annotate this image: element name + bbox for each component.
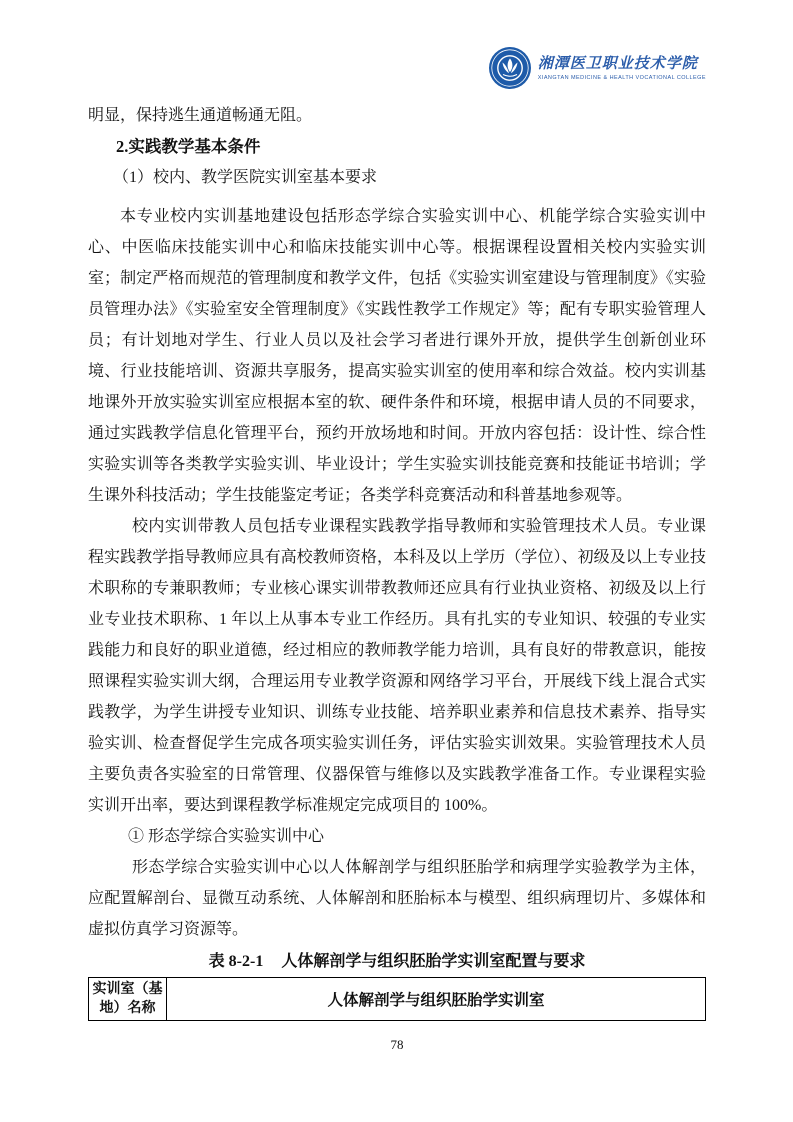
item1-heading: ① 形态学综合实验实训中心: [128, 821, 706, 852]
page-footer: 78: [88, 1036, 706, 1054]
page-number: 78: [391, 1037, 404, 1052]
table-row: 实训室（基地）名称 人体解剖学与组织胚胎学实训室: [89, 978, 706, 1021]
college-logo: 湘潭医卫职业技术学院 XIANGTAN MEDICINE & HEALTH VO…: [489, 47, 706, 89]
row-header-cell: 实训室（基地）名称: [89, 978, 167, 1021]
paragraph-instructors: 校内实训带教人员包括专业课程实践教学指导教师和实验管理技术人员。专业课程实践教学…: [88, 511, 706, 821]
college-logo-text: 湘潭医卫职业技术学院 XIANGTAN MEDICINE & HEALTH VO…: [538, 54, 706, 82]
college-emblem-icon: [489, 47, 531, 89]
table-caption-label: 表 8-2-1: [209, 953, 264, 970]
section-heading: 2.实践教学基本条件: [116, 131, 706, 162]
row-value-cell: 人体解剖学与组织胚胎学实训室: [167, 978, 706, 1021]
table-caption: 表 8-2-1人体解剖学与组织胚胎学实训室配置与要求: [88, 947, 706, 977]
paragraph-morphology: 形态学综合实验实训中心以人体解剖学与组织胚胎学和病理学实验教学为主体，应配置解剖…: [88, 852, 706, 945]
paragraph-campus-base: 本专业校内实训基地建设包括形态学综合实验实训中心、机能学综合实验实训中心、中医临…: [88, 201, 706, 511]
paragraph-intro-tail: 明显，保持逃生通道畅通无阻。: [88, 100, 706, 131]
college-name-zh: 湘潭医卫职业技术学院: [538, 54, 706, 74]
table-caption-title: 人体解剖学与组织胚胎学实训室配置与要求: [281, 953, 585, 970]
document-page: 湘潭医卫职业技术学院 XIANGTAN MEDICINE & HEALTH VO…: [0, 0, 793, 1122]
subsection-heading: （1）校内、教学医院实训室基本要求: [113, 162, 706, 193]
training-room-config-table: 实训室（基地）名称 人体解剖学与组织胚胎学实训室: [88, 977, 706, 1021]
college-name-en: XIANGTAN MEDICINE & HEALTH VOCATIONAL CO…: [538, 74, 706, 82]
page-header: 湘潭医卫职业技术学院 XIANGTAN MEDICINE & HEALTH VO…: [88, 46, 706, 90]
